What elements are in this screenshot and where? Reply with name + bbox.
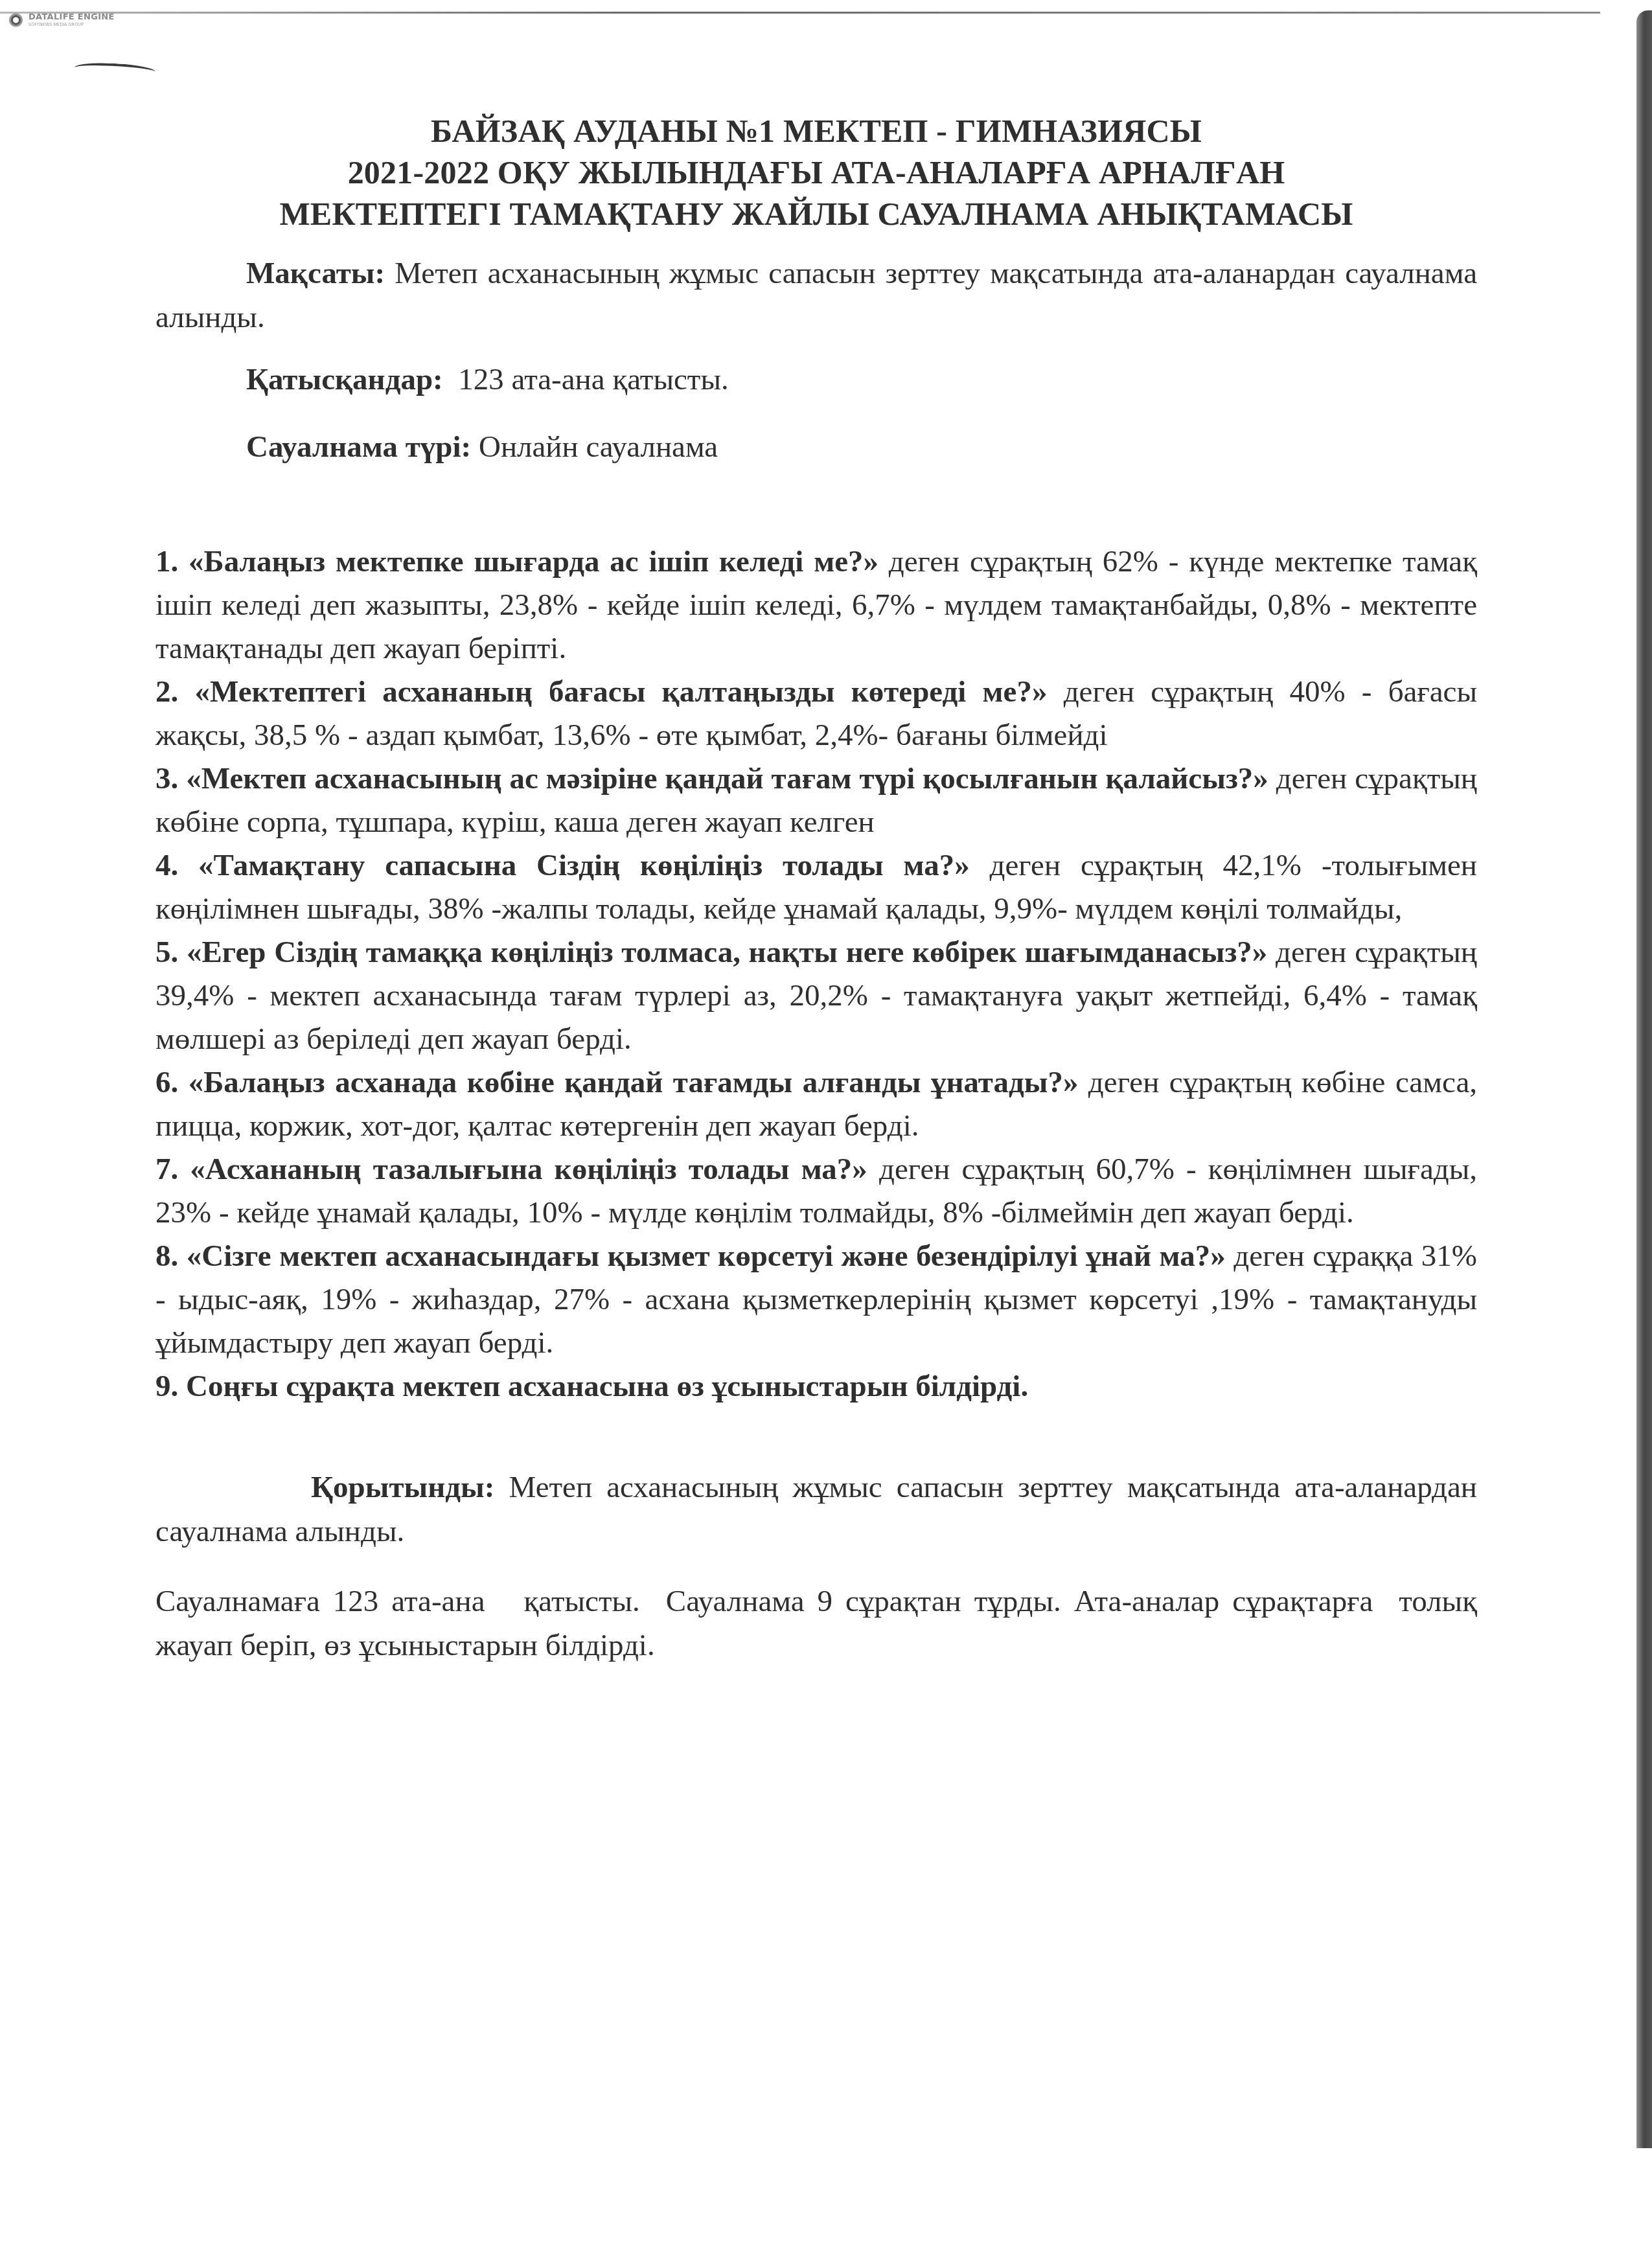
document-title: БАЙЗАҚ АУДАНЫ №1 МЕКТЕП - ГИМНАЗИЯСЫ 202…	[155, 110, 1477, 235]
question-text: Соңғы сұрақта мектеп асханасына өз ұсыны…	[178, 1369, 1028, 1403]
title-line-3: МЕКТЕПТЕГІ ТАМАҚТАНУ ЖАЙЛЫ САУАЛНАМА АНЫ…	[155, 193, 1477, 235]
question-item-7: 7. «Асхананың тазалығына көңіліңіз толад…	[155, 1148, 1477, 1235]
survey-type-paragraph: Сауалнама түрі: Онлайн сауалнама	[155, 425, 1477, 469]
question-item-9: 9. Соңғы сұрақта мектеп асханасына өз ұс…	[155, 1365, 1477, 1408]
question-item-2: 2. «Мектептегі асхананың бағасы қалтаңыз…	[155, 670, 1477, 757]
survey-type-text: Онлайн сауалнама	[471, 430, 718, 464]
question-item-1: 1. «Балаңыз мектепке шығарда ас ішіп кел…	[155, 540, 1477, 670]
question-text: «Балаңыз асханада көбіне қандай тағамды …	[178, 1066, 1078, 1099]
question-number: 8.	[155, 1239, 178, 1273]
question-item-8: 8. «Сізге мектеп асханасындағы қызмет кө…	[155, 1235, 1477, 1365]
question-text: «Мектеп асханасының ас мәзіріне қандай т…	[178, 762, 1268, 796]
watermark-title: DATALIFE ENGINE	[29, 13, 115, 21]
conclusion-section: Қорытынды: Метеп асханасының жұмыс сапас…	[155, 1465, 1477, 1667]
question-text: «Мектептегі асхананың бағасы қалтаңызды …	[178, 675, 1047, 709]
scan-right-edge	[1636, 10, 1652, 2148]
watermark-subtitle: SOFTNEWS MEDIA GROUP	[29, 23, 115, 27]
participants-paragraph: Қатысқандар: 123 ата-ана қатысты.	[155, 358, 1477, 402]
question-item-5: 5. «Егер Сіздің тамаққа көңіліңіз толмас…	[155, 931, 1477, 1061]
question-number: 4.	[155, 849, 178, 882]
survey-type-label: Сауалнама түрі:	[246, 430, 471, 464]
survey-meta: Мақсаты: Метеп асханасының жұмыс сапасын…	[155, 251, 1477, 469]
question-text: «Егер Сіздің тамаққа көңіліңіз толмаса, …	[178, 935, 1267, 969]
question-number: 9.	[155, 1369, 178, 1403]
question-text: «Балаңыз мектепке шығарда ас ішіп келеді…	[178, 545, 878, 578]
participants-label: Қатысқандар:	[246, 363, 443, 396]
scan-pen-mark	[75, 62, 155, 74]
title-line-2: 2021-2022 ОҚУ ЖЫЛЫНДАҒЫ АТА-АНАЛАРҒА АРН…	[155, 152, 1477, 193]
purpose-label: Мақсаты:	[246, 257, 385, 290]
conclusion-paragraph: Қорытынды: Метеп асханасының жұмыс сапас…	[155, 1465, 1477, 1553]
question-number: 5.	[155, 935, 178, 969]
conclusion-summary: Сауалнамаға 123 ата-ана қатысты. Сауална…	[155, 1579, 1477, 1667]
question-number: 6.	[155, 1066, 178, 1099]
questions-list: 1. «Балаңыз мектепке шығарда ас ішіп кел…	[155, 540, 1477, 1408]
question-number: 3.	[155, 762, 178, 796]
conclusion-label: Қорытынды:	[311, 1471, 494, 1504]
document-page: БАЙЗАҚ АУДАНЫ №1 МЕКТЕП - ГИМНАЗИЯСЫ 202…	[155, 110, 1477, 1667]
question-text: «Асхананың тазалығына көңіліңіз толады м…	[178, 1152, 867, 1186]
question-text: «Сізге мектеп асханасындағы қызмет көрсе…	[178, 1239, 1226, 1273]
title-line-1: БАЙЗАҚ АУДАНЫ №1 МЕКТЕП - ГИМНАЗИЯСЫ	[155, 110, 1477, 152]
question-number: 2.	[155, 675, 178, 709]
question-text: «Тамақтану сапасына Сіздің көңіліңіз тол…	[178, 849, 969, 882]
purpose-paragraph: Мақсаты: Метеп асханасының жұмыс сапасын…	[155, 251, 1477, 339]
question-number: 1.	[155, 545, 178, 578]
question-item-6: 6. «Балаңыз асханада көбіне қандай тағам…	[155, 1061, 1477, 1148]
participants-text: 123 ата-ана қатысты.	[443, 363, 729, 396]
question-item-4: 4. «Тамақтану сапасына Сіздің көңіліңіз …	[155, 844, 1477, 931]
question-item-3: 3. «Мектеп асханасының ас мәзіріне қанда…	[155, 757, 1477, 844]
scan-top-edge	[0, 12, 1600, 14]
eye-logo-icon	[5, 13, 25, 27]
question-number: 7.	[155, 1152, 178, 1186]
watermark: DATALIFE ENGINE SOFTNEWS MEDIA GROUP	[5, 13, 115, 27]
